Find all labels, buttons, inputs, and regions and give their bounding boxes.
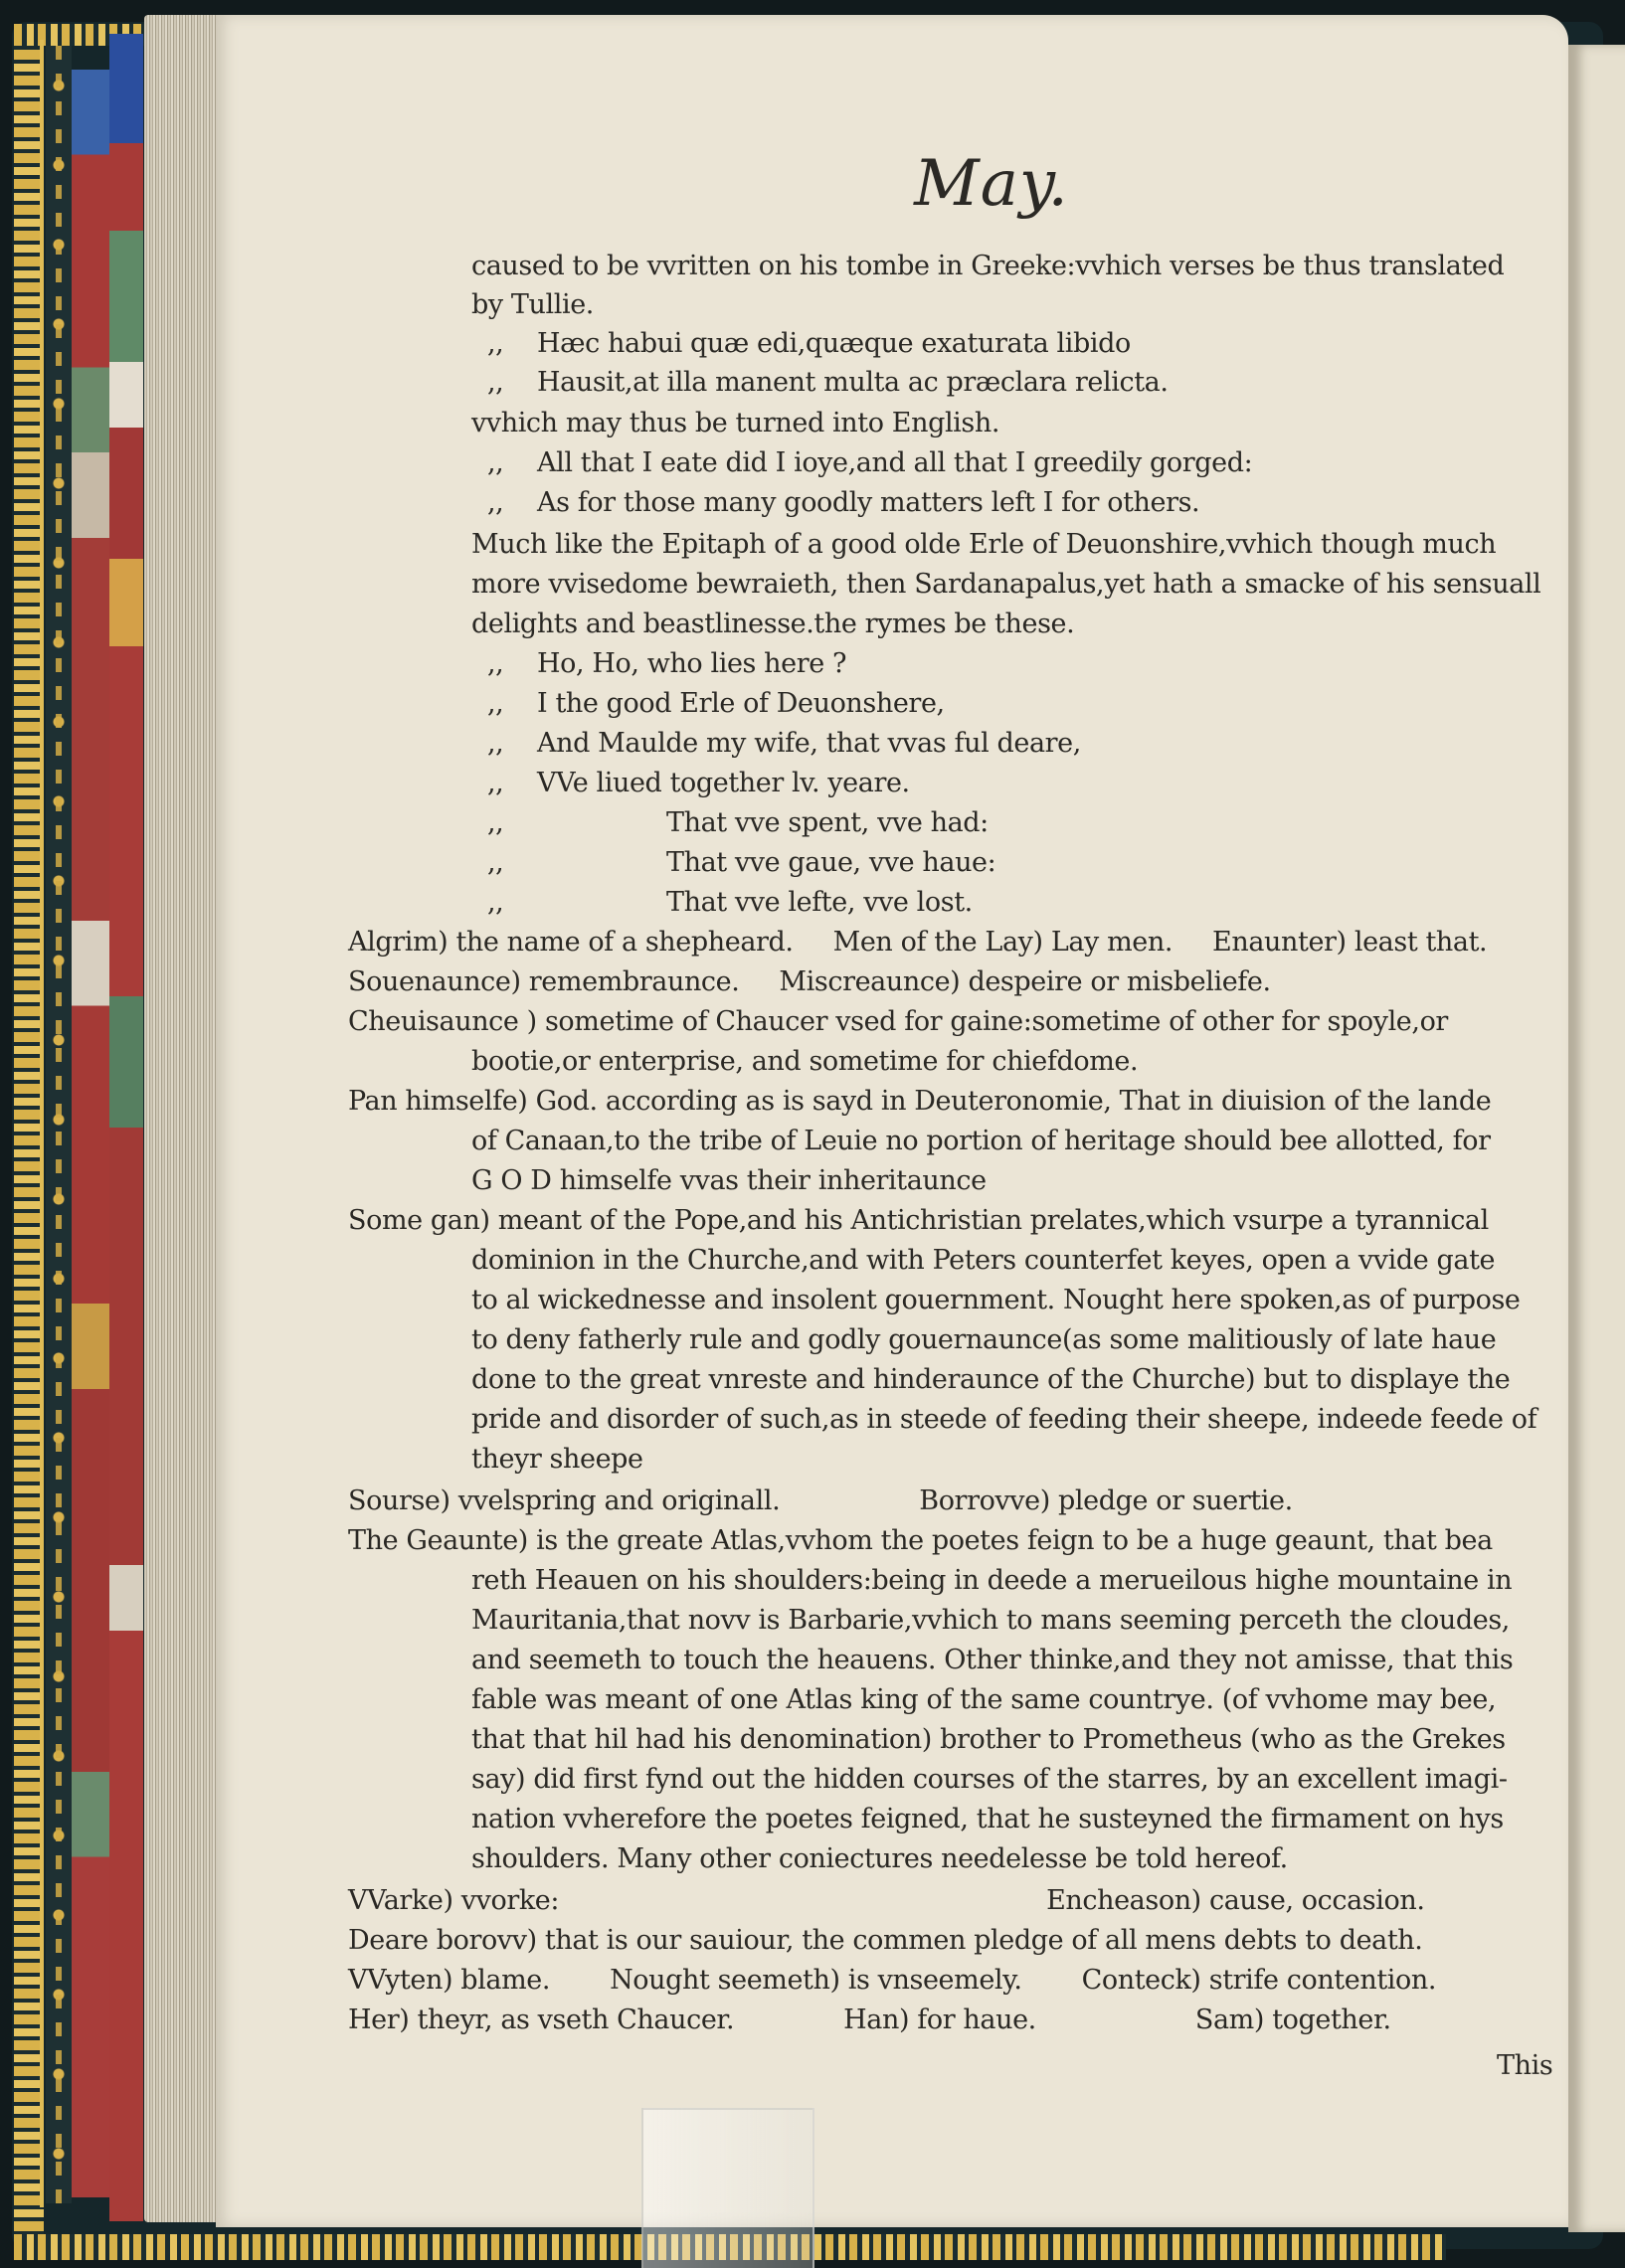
line-text: That vve spent, vve had:	[666, 807, 989, 838]
gloss-line: of Canaan,to the tribe of Leuie no porti…	[471, 1122, 1491, 1160]
gloss-line: Mauritania,that novv is Barbarie,vvhich …	[471, 1601, 1510, 1640]
gloss-text: reth Heauen on his shoulders:being in de…	[471, 1565, 1512, 1596]
quotation-mark: ,,	[487, 483, 537, 522]
text-line: by Tullie.	[471, 285, 594, 324]
gloss-line: Souenaunce) remembraunce.Miscreaunce) de…	[348, 962, 1271, 1001]
gloss-text: Pan himselfe) God. according as is sayd …	[348, 1086, 1491, 1117]
gloss-line: to al wickednesse and insolent gouernmen…	[471, 1281, 1520, 1319]
gloss-text: pride and disorder of such,as in steede …	[471, 1404, 1536, 1435]
gloss-line: Some gan) meant of the Pope,and his Anti…	[348, 1201, 1489, 1240]
gloss-line: The Geaunte) is the greate Atlas,vvhom t…	[348, 1521, 1493, 1560]
gloss-text: to al wickednesse and insolent gouernmen…	[471, 1285, 1520, 1315]
line-text: As for those many goodly matters left I …	[537, 487, 1199, 518]
text-line: ,,That vve lefte, vve lost.	[487, 883, 973, 922]
floral-vine-ornament	[56, 46, 62, 2203]
text-line: caused to be vvritten on his tombe in Gr…	[471, 247, 1504, 285]
line-text: Ho, Ho, who lies here ?	[537, 648, 846, 679]
gloss-entry: Sam) together.	[1195, 2005, 1391, 2035]
catchword: This	[1497, 2046, 1552, 2085]
text-line: delights and beastlinesse.the rymes be t…	[471, 605, 1074, 643]
gloss-text: shoulders. Many other coniectures needel…	[471, 1843, 1288, 1874]
line-text: I the good Erle of Deuonshere,	[537, 688, 945, 719]
gloss-line: Her) theyr, as vseth Chaucer.Han) for ha…	[348, 2001, 1391, 2039]
gloss-line: pride and disorder of such,as in steede …	[471, 1400, 1536, 1439]
gloss-line: VVarke) vvorke:Encheason) cause, occasio…	[348, 1881, 1425, 1920]
line-text: delights and beastlinesse.the rymes be t…	[471, 609, 1074, 639]
quotation-mark: ,,	[487, 883, 537, 922]
marbled-endpaper-inner	[72, 70, 109, 2197]
quotation-mark: ,,	[487, 764, 537, 802]
text-line: ,,All that I eate did I ioye,and all tha…	[487, 443, 1252, 482]
quotation-mark: ,,	[487, 644, 537, 683]
quotation-mark: ,,	[487, 684, 537, 723]
line-text: caused to be vvritten on his tombe in Gr…	[471, 251, 1504, 281]
gloss-line: bootie,or enterprise, and sometime for c…	[471, 1042, 1138, 1081]
quotation-mark: ,,	[487, 803, 537, 842]
text-line: ,,Ho, Ho, who lies here ?	[487, 644, 846, 683]
gloss-line: G O D himselfe vvas their inheritaunce	[471, 1161, 987, 1200]
gloss-entry: Nought seemeth) is vnseemely.	[610, 1965, 1022, 1996]
gloss-text: that that hil had his denomination) brot…	[471, 1724, 1506, 1755]
line-text: Much like the Epitaph of a good olde Erl…	[471, 529, 1496, 560]
gloss-text: done to the great vnreste and hinderaunc…	[471, 1364, 1510, 1395]
gloss-text: G O D himselfe vvas their inheritaunce	[471, 1165, 987, 1196]
gloss-text: bootie,or enterprise, and sometime for c…	[471, 1046, 1138, 1077]
gloss-text: say) did first fynd out the hidden cours…	[471, 1764, 1508, 1795]
gloss-line: Algrim) the name of a shepheard.Men of t…	[348, 923, 1487, 961]
text-line: ,,That vve spent, vve had:	[487, 803, 989, 842]
gloss-text: Some gan) meant of the Pope,and his Anti…	[348, 1205, 1489, 1236]
gloss-line: theyr sheepe	[471, 1440, 643, 1479]
text-line: vvhich may thus be turned into English.	[471, 404, 999, 442]
gloss-text: Deare borovv) that is our sauiour, the c…	[348, 1925, 1422, 1956]
text-line: ,,I the good Erle of Deuonshere,	[487, 684, 945, 723]
gloss-text: and seemeth to touch the heauens. Other …	[471, 1645, 1513, 1675]
line-text: Hausit,at illa manent multa ac præclara …	[537, 367, 1169, 398]
gloss-line: fable was meant of one Atlas king of the…	[471, 1680, 1496, 1719]
gloss-entry: VVarke) vvorke:	[348, 1885, 559, 1916]
line-text: by Tullie.	[471, 289, 594, 320]
line-text: Hæc habui quæ edi,quæque exaturata libid…	[537, 328, 1131, 359]
gloss-line: say) did first fynd out the hidden cours…	[471, 1760, 1508, 1799]
gloss-entry: VVyten) blame.	[348, 1965, 550, 1996]
gloss-line: Cheuisaunce ) sometime of Chaucer vsed f…	[348, 1002, 1448, 1041]
gloss-entry: Her) theyr, as vseth Chaucer.	[348, 2005, 734, 2035]
gloss-entry: Conteck) strife contention.	[1082, 1965, 1436, 1996]
gloss-text: dominion in the Churche,and with Peters …	[471, 1245, 1495, 1276]
text-line: more vvisedome bewraieth, then Sardanapa…	[471, 565, 1540, 604]
line-text: VVe liued together lv. yeare.	[537, 768, 910, 798]
line-text: All that I eate did I ioye,and all that …	[537, 447, 1252, 478]
page-edges-stack	[144, 15, 216, 2222]
gilt-rule	[40, 40, 44, 2207]
gloss-line: done to the great vnreste and hinderaunc…	[471, 1360, 1510, 1399]
gloss-entry: Borrovve) pledge or suertie.	[919, 1485, 1293, 1516]
gloss-line: nation vvherefore the poetes feigned, th…	[471, 1800, 1504, 1838]
gloss-line: shoulders. Many other coniectures needel…	[471, 1839, 1288, 1878]
text-line: ,,That vve gaue, vve haue:	[487, 843, 995, 882]
gloss-text: of Canaan,to the tribe of Leuie no porti…	[471, 1126, 1491, 1156]
gloss-text: Mauritania,that novv is Barbarie,vvhich …	[471, 1605, 1510, 1636]
gloss-line: that that hil had his denomination) brot…	[471, 1720, 1506, 1759]
quotation-mark: ,,	[487, 843, 537, 882]
gloss-text: fable was meant of one Atlas king of the…	[471, 1684, 1496, 1715]
gloss-line: reth Heauen on his shoulders:being in de…	[471, 1561, 1512, 1600]
text-line: ,,As for those many goodly matters left …	[487, 483, 1199, 522]
line-text: That vve lefte, vve lost.	[666, 887, 973, 918]
running-head: May.	[0, 147, 1625, 221]
running-head-text: May.	[914, 147, 1069, 221]
gloss-text: Cheuisaunce ) sometime of Chaucer vsed f…	[348, 1006, 1448, 1037]
gloss-text: nation vvherefore the poetes feigned, th…	[471, 1804, 1504, 1834]
gloss-line: Deare borovv) that is our sauiour, the c…	[348, 1921, 1422, 1960]
line-text: And Maulde my wife, that vvas ful deare,	[537, 728, 1081, 759]
text-line: Much like the Epitaph of a good olde Erl…	[471, 525, 1496, 564]
gloss-entry: Men of the Lay) Lay men.	[833, 927, 1173, 958]
text-line: ,,Hausit,at illa manent multa ac præclar…	[487, 363, 1169, 402]
text-line: ,,Hæc habui quæ edi,quæque exaturata lib…	[487, 324, 1131, 363]
gloss-line: to deny fatherly rule and godly gouernau…	[471, 1320, 1496, 1359]
quotation-mark: ,,	[487, 363, 537, 402]
gloss-line: VVyten) blame.Nought seemeth) is vnseeme…	[348, 1961, 1436, 2000]
gloss-text: The Geaunte) is the greate Atlas,vvhom t…	[348, 1525, 1493, 1556]
text-line: ,,And Maulde my wife, that vvas ful dear…	[487, 724, 1081, 763]
gloss-entry: Miscreaunce) despeire or misbeliefe.	[779, 966, 1270, 997]
gloss-text: to deny fatherly rule and godly gouernau…	[471, 1324, 1496, 1355]
gloss-entry: Algrim) the name of a shepheard.	[348, 927, 794, 958]
text-line: ,,VVe liued together lv. yeare.	[487, 764, 910, 802]
quotation-mark: ,,	[487, 324, 537, 363]
gloss-entry: Enaunter) least that.	[1212, 927, 1487, 958]
next-page-edge	[1568, 45, 1625, 2232]
quotation-mark: ,,	[487, 443, 537, 482]
line-text: That vve gaue, vve haue:	[666, 847, 995, 878]
gloss-line: and seemeth to touch the heauens. Other …	[471, 1641, 1513, 1679]
quotation-mark: ,,	[487, 724, 537, 763]
gloss-entry: Han) for haue.	[843, 2005, 1036, 2035]
transparent-page-tab[interactable]	[641, 2108, 814, 2268]
gloss-line: Sourse) vvelspring and originall.Borrovv…	[348, 1482, 1293, 1520]
gloss-line: dominion in the Churche,and with Peters …	[471, 1241, 1495, 1280]
gloss-entry: Souenaunce) remembraunce.	[348, 966, 739, 997]
line-text: more vvisedome bewraieth, then Sardanapa…	[471, 569, 1540, 600]
gloss-entry: Sourse) vvelspring and originall.	[348, 1485, 780, 1516]
gloss-line: Pan himselfe) God. according as is sayd …	[348, 1082, 1491, 1121]
gloss-entry: Encheason) cause, occasion.	[1046, 1885, 1424, 1916]
line-text: vvhich may thus be turned into English.	[471, 408, 999, 438]
gloss-text: theyr sheepe	[471, 1444, 643, 1475]
marbled-endpaper-outer	[109, 34, 143, 2221]
